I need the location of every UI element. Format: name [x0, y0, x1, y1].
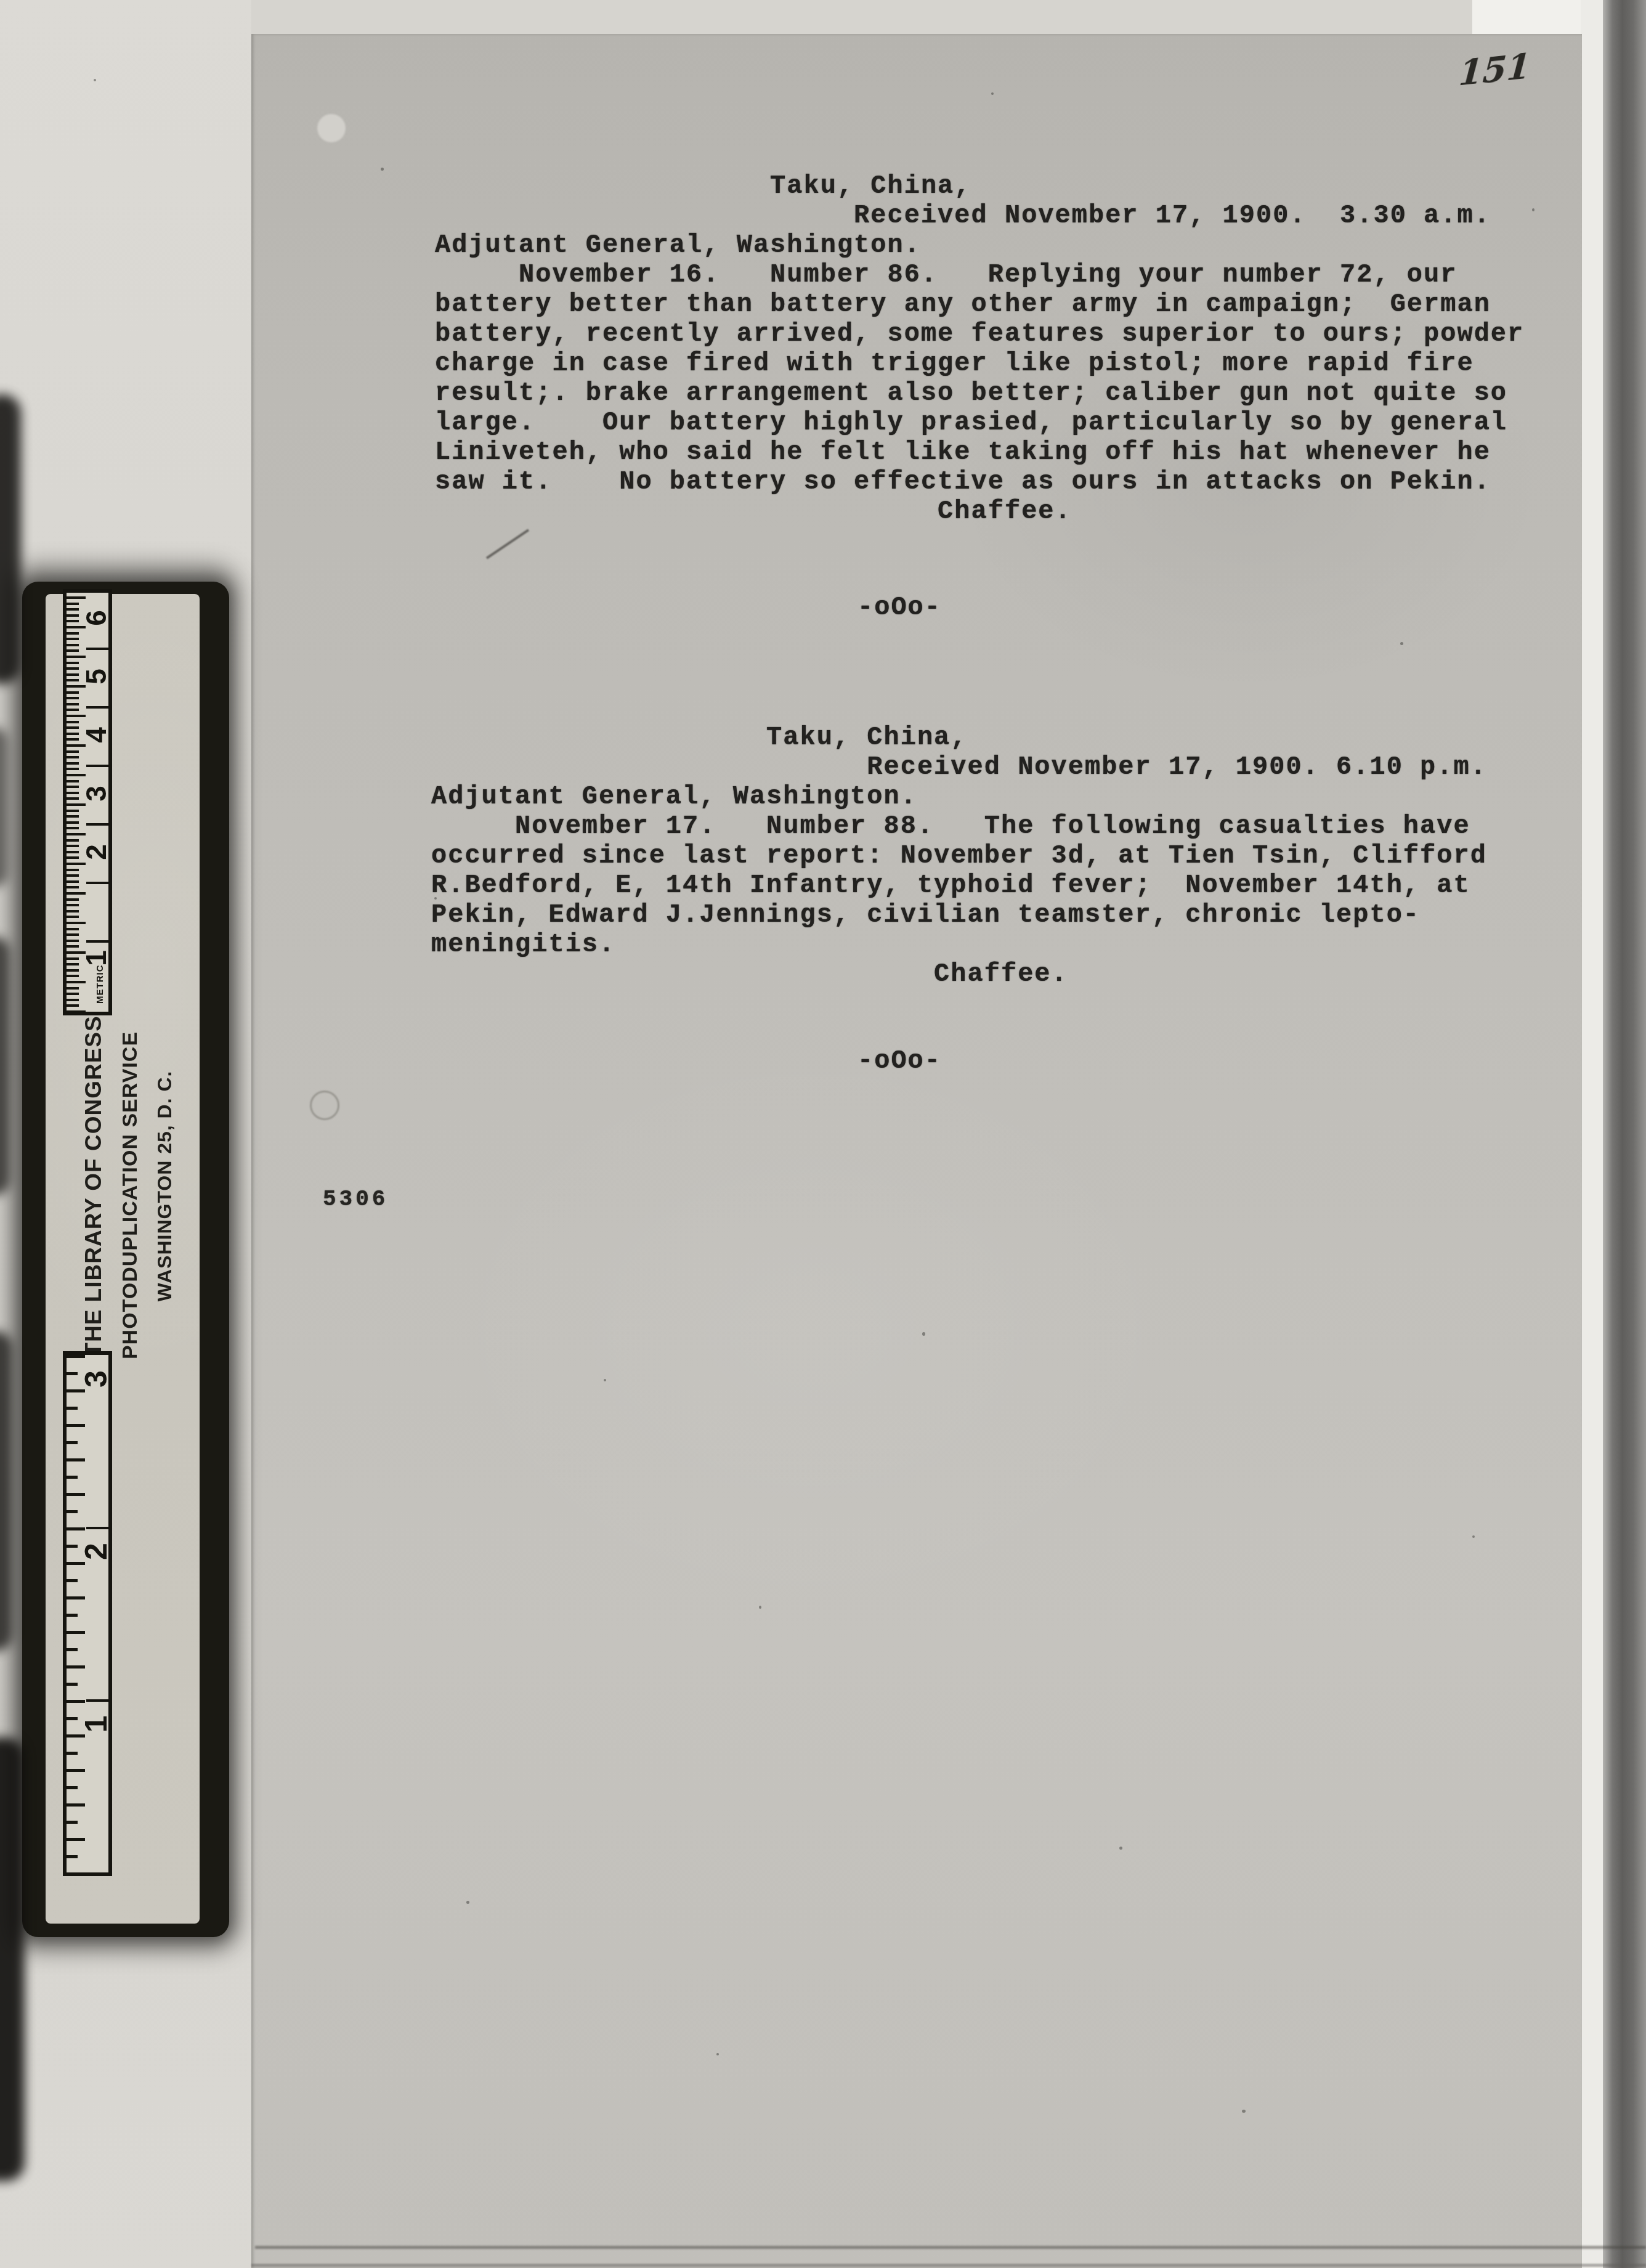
scan-shadow-band-right	[1603, 0, 1646, 2268]
dust-speck	[922, 1332, 925, 1336]
ruler-cm-divider	[86, 765, 108, 767]
dust-speck	[1472, 1535, 1475, 1538]
paper-right-gap	[1581, 0, 1604, 2268]
ruler-imprint-photoduplication-service: PHOTODUPLICATION SERVICE	[116, 1032, 144, 1359]
ruler-metric-number-3: 3	[83, 780, 110, 807]
section-separator-1: -oOo-	[857, 593, 941, 622]
ruler-metric-label: METRIC	[95, 967, 106, 1004]
ruler-cm-divider	[86, 648, 108, 650]
scanner-bed-top-band	[251, 0, 1594, 36]
dust-speck	[716, 2053, 719, 2055]
ruler-cm-divider	[86, 940, 108, 943]
ruler-inch-long-ticks	[67, 1355, 85, 1871]
ruler-inch-number-1: 1	[83, 1710, 110, 1738]
ruler-metric-number-4: 4	[83, 721, 110, 749]
ruler-inch-number-3: 3	[83, 1365, 110, 1392]
dust-speck	[1242, 2110, 1246, 2113]
scan-edge-shadow-blob	[0, 394, 21, 684]
section-separator-2: -oOo-	[857, 1046, 941, 1076]
ruler-metric-number-6: 6	[83, 604, 110, 632]
ruler-metric-number-5: 5	[83, 663, 110, 690]
dust-speck	[434, 897, 437, 900]
dust-speck	[604, 1379, 606, 1381]
scan-edge-shadow-blob	[0, 727, 7, 887]
ruler-cm-divider	[86, 823, 108, 826]
dust-speck	[94, 79, 96, 81]
telegram-1-text: Taku, China, Received November 17, 1900.…	[435, 171, 1524, 526]
paper-hole-mark	[317, 114, 346, 142]
control-number-stamp: 5306	[323, 1187, 388, 1212]
ruler-inch-divider	[86, 1527, 108, 1529]
ruler-inch-number-2: 2	[83, 1538, 110, 1565]
scan-edge-shadow-blob	[0, 1331, 12, 1651]
dust-speck	[1400, 642, 1403, 645]
ruler-inch-divider	[86, 1699, 108, 1702]
ruler-metric-number-2: 2	[83, 839, 110, 866]
paper-bottom-fold-line	[255, 2246, 1646, 2249]
handwritten-page-number: 151	[1457, 45, 1532, 94]
ruler-cm-divider	[86, 706, 108, 709]
dust-speck	[381, 168, 384, 171]
dust-speck	[759, 1606, 761, 1609]
scan-edge-shadow-blob	[0, 937, 10, 1195]
scan-edge-shadow-blob	[0, 1738, 25, 2181]
dust-speck	[1119, 1847, 1122, 1850]
dust-speck	[991, 92, 994, 95]
ruler-imprint-washington-dc: WASHINGTON 25, D. C.	[151, 1051, 178, 1322]
dust-speck	[466, 1901, 469, 1904]
paper-bottom-edge-line	[251, 2264, 1646, 2267]
scanned-document-page: 151 Taku, China, Received November 17, 1…	[0, 0, 1646, 2268]
ruler-cm-divider	[86, 882, 108, 884]
ruler-imprint-library-of-congress: THE LIBRARY OF CONGRESS	[80, 1023, 107, 1349]
dust-speck	[1532, 208, 1535, 211]
telegram-2-text: Taku, China, Received November 17, 1900.…	[431, 723, 1487, 989]
paper-ring-stain	[310, 1091, 339, 1120]
